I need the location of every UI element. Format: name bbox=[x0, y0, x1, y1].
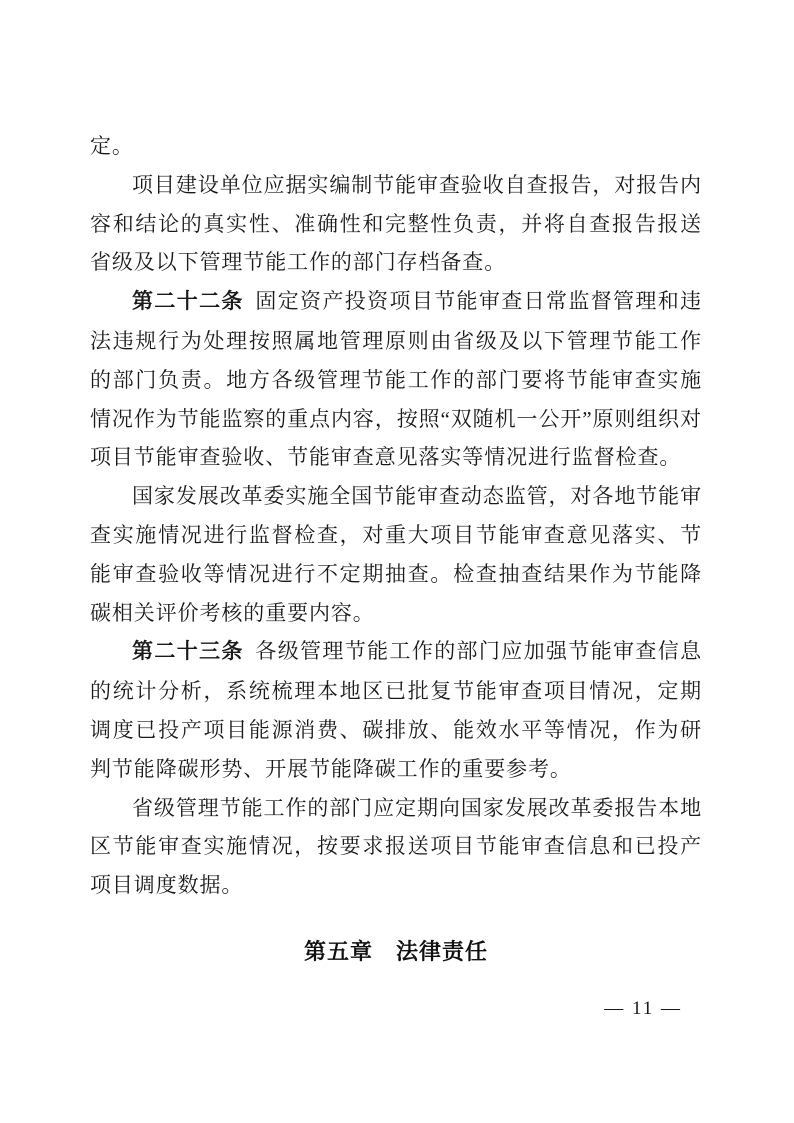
article-23-label: 第二十三条 bbox=[132, 640, 244, 663]
paragraph-continuation: 定。 bbox=[90, 127, 702, 166]
article-22-label: 第二十二条 bbox=[132, 290, 244, 313]
page-number: — 11 — bbox=[604, 998, 682, 1020]
paragraph-article-23: 第二十三条各级管理节能工作的部门应加强节能审查信息的统计分析，系统梳理本地区已批… bbox=[90, 632, 702, 788]
chapter-heading: 第五章 法律责任 bbox=[90, 935, 702, 969]
document-page: 定。 项目建设单位应据实编制节能审查验收自查报告，对报告内容和结论的真实性、准确… bbox=[0, 0, 794, 1123]
article-22-text: 固定资产投资项目节能审查日常监督管理和违法违规行为处理按照属地管理原则由省级及以… bbox=[90, 289, 702, 469]
document-body: 定。 项目建设单位应据实编制节能审查验收自查报告，对报告内容和结论的真实性、准确… bbox=[90, 127, 702, 969]
paragraph-provincial-reporting: 省级管理节能工作的部门应定期向国家发展改革委报告本地区节能审查实施情况，按要求报… bbox=[90, 789, 702, 905]
paragraph-self-check-report: 项目建设单位应据实编制节能审查验收自查报告，对报告内容和结论的真实性、准确性和完… bbox=[90, 166, 702, 282]
paragraph-ndrc-supervision: 国家发展改革委实施全国节能审查动态监管，对各地节能审查实施情况进行监督检查，对重… bbox=[90, 477, 702, 632]
paragraph-article-22: 第二十二条固定资产投资项目节能审查日常监督管理和违法违规行为处理按照属地管理原则… bbox=[90, 282, 702, 477]
